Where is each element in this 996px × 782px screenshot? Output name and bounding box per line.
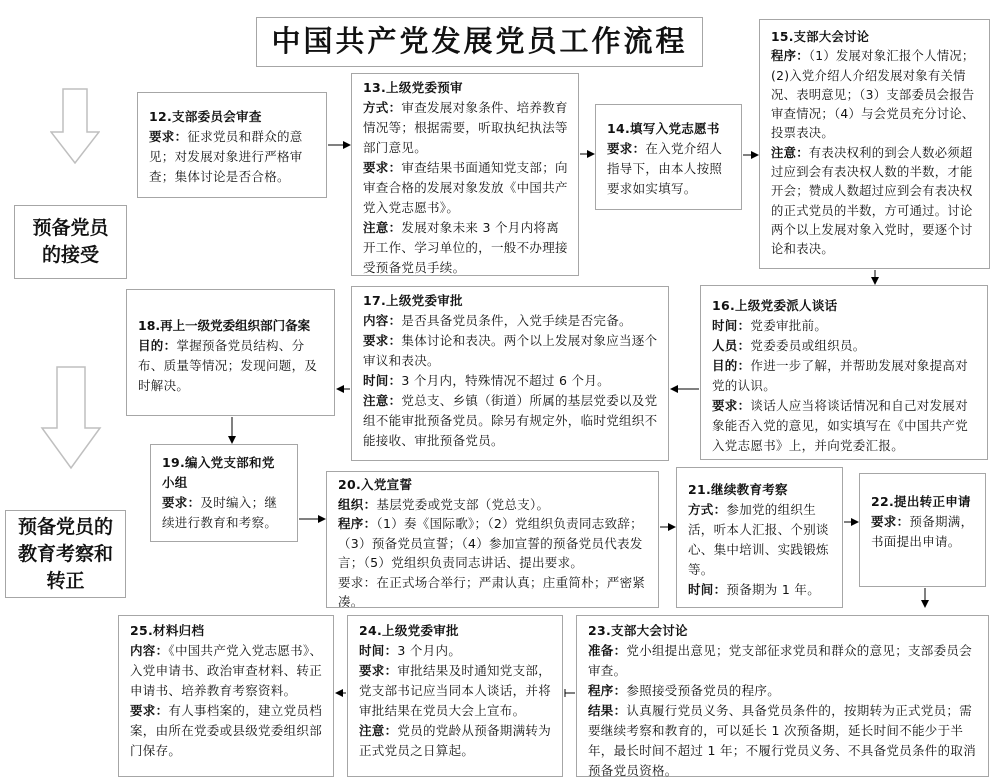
step-19-assign-branch-group: 19.编入党支部和党小组 要求：及时编入；继续进行教育和考察。: [150, 444, 298, 542]
step-23-branch-assembly-discussion: 23.支部大会讨论 准备：党小组提出意见；党支部征求党员和群众的意见；支部委员会…: [576, 615, 989, 777]
page-title: 中国共产党发展党员工作流程图: [256, 17, 703, 67]
step-18-filing-with-higher-org-dept: 18.再上一级党委组织部门备案 目的：掌握预备党员结构、分布、质量等情况；发现问…: [126, 289, 335, 416]
step-24-party-committee-approval: 24.上级党委审批 时间：3 个月内。 要求：审批结果及时通知党支部，党支部书记…: [347, 615, 563, 777]
step-16-party-committee-interview: 16.上级党委派人谈话 时间：党委审批前。 人员：党委委员或组织员。 目的：作进…: [700, 285, 988, 460]
step-20-oath: 20.入党宣誓 组织：基层党委或党支部（党总支）。 程序：（1）奏《国际歌》；（…: [326, 471, 659, 608]
step-15-branch-assembly-discussion: 15.支部大会讨论 程序：（1）发展对象汇报个人情况；(2)入党介绍人介绍发展对…: [759, 19, 990, 269]
stage-arrow-down-icon: [50, 88, 100, 164]
step-14-fill-application: 14.填写入党志愿书 要求：在入党介绍人指导下，由本人按照要求如实填写。: [595, 104, 742, 210]
step-17-party-committee-approval: 17.上级党委审批 内容：是否具备党员条件，入党手续是否完备。 要求：集体讨论和…: [351, 286, 669, 461]
stage-label-education: 预备党员的教育考察和转正: [5, 510, 126, 598]
step-22-apply-for-full-membership: 22.提出转正申请 要求：预备期满，书面提出申请。: [859, 473, 986, 587]
step-12-branch-committee-review: 12.支部委员会审查 要求：征求党员和群众的意见；对发展对象进行严格审查；集体讨…: [137, 92, 327, 198]
step-25-archive-materials: 25.材料归档 内容：《中国共产党入党志愿书》、入党申请书、政治审查材料、转正申…: [118, 615, 334, 777]
stage-label-acceptance: 预备党员的接受: [14, 205, 127, 279]
step-21-continued-education: 21.继续教育考察 方式：参加党的组织生活，听本人汇报、个别谈心、集中培训、实践…: [676, 467, 843, 608]
step-13-party-committee-prereview: 13.上级党委预审 方式：审查发展对象条件、培养教育情况等；根据需要，听取执纪执…: [351, 73, 579, 276]
stage-arrow-down-icon: [40, 366, 102, 470]
